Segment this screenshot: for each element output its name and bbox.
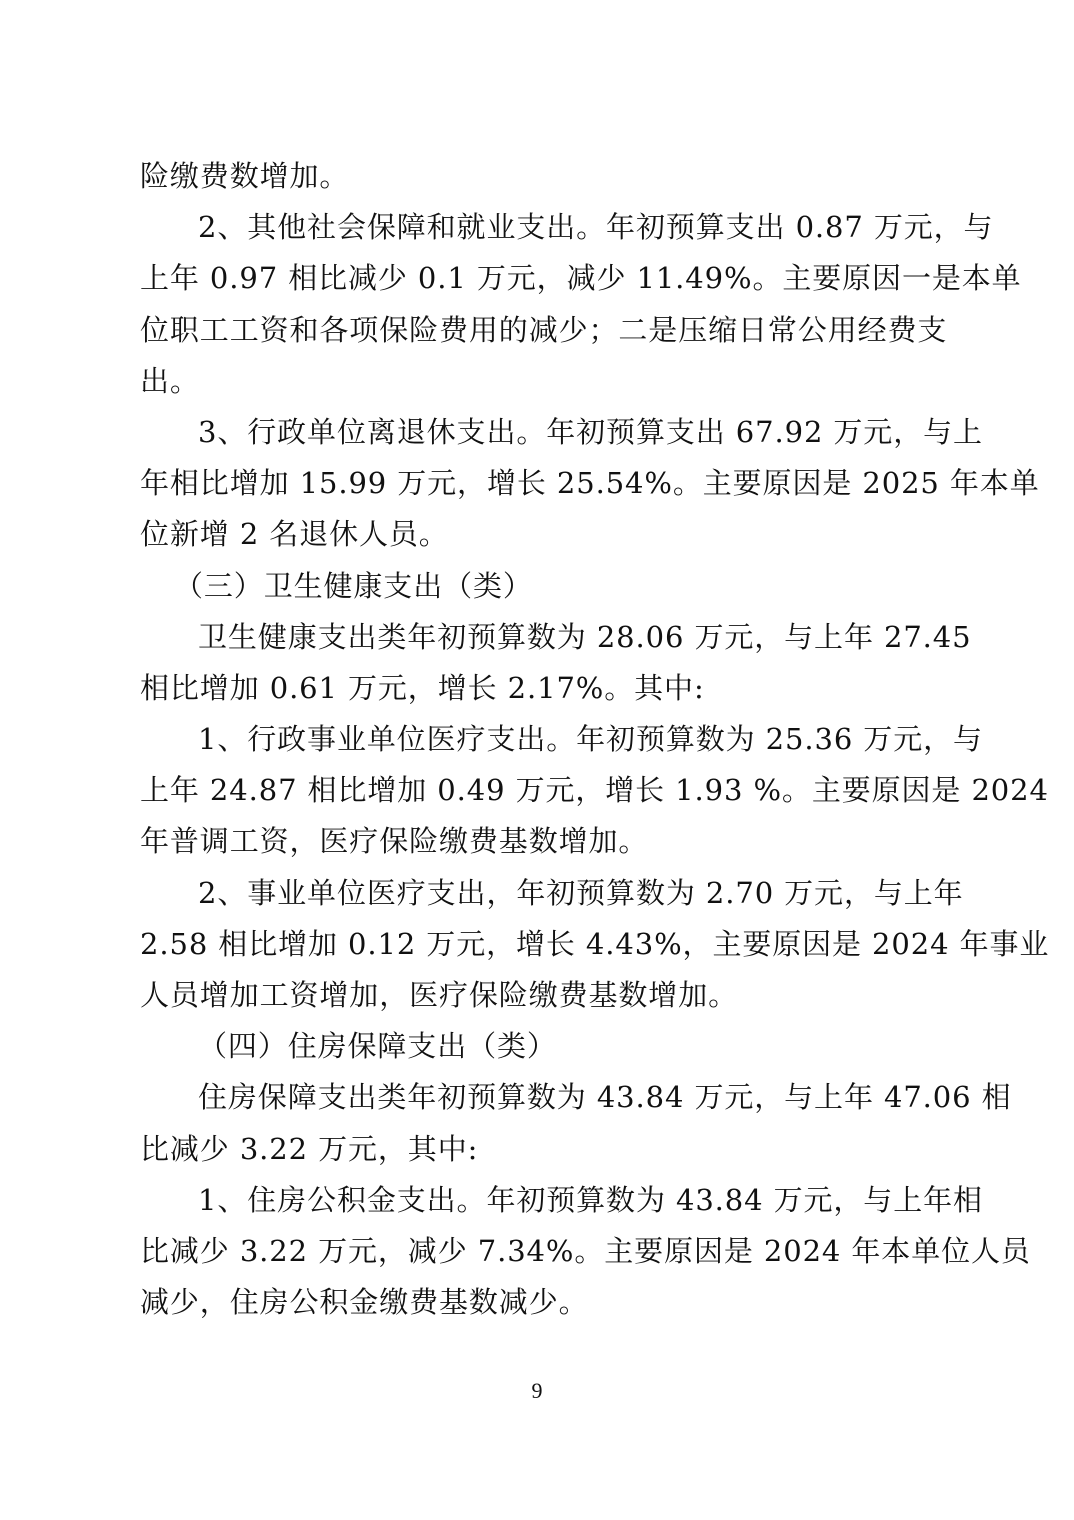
page-number: 9 [0, 1378, 1074, 1404]
text-line: 1、行政事业单位医疗支出。年初预算数为 25.36 万元，与 [140, 714, 936, 765]
body-text: 险缴费数增加。 2、其他社会保障和就业支出。年初预算支出 0.87 万元，与 上… [140, 151, 936, 1328]
text-line: 出。 [140, 356, 936, 407]
text-line: 比减少 3.22 万元，其中: [140, 1124, 936, 1175]
text-line: 2.58 相比增加 0.12 万元，增长 4.43%，主要原因是 2024 年事… [140, 919, 936, 970]
text-line: 相比增加 0.61 万元，增长 2.17%。其中: [140, 663, 936, 714]
text-line: 2、事业单位医疗支出，年初预算数为 2.70 万元，与上年 [140, 868, 936, 919]
text-line: 年相比增加 15.99 万元，增长 25.54%。主要原因是 2025 年本单 [140, 458, 936, 509]
text-line: 2、其他社会保障和就业支出。年初预算支出 0.87 万元，与 [140, 202, 936, 253]
text-line: 住房保障支出类年初预算数为 43.84 万元，与上年 47.06 相 [140, 1072, 936, 1123]
text-line: 3、行政单位离退休支出。年初预算支出 67.92 万元，与上 [140, 407, 936, 458]
text-line: 险缴费数增加。 [140, 151, 936, 202]
text-line: 1、住房公积金支出。年初预算数为 43.84 万元，与上年相 [140, 1175, 936, 1226]
text-line: 比减少 3.22 万元，减少 7.34%。主要原因是 2024 年本单位人员 [140, 1226, 936, 1277]
text-line: 位职工工资和各项保险费用的减少；二是压缩日常公用经费支 [140, 305, 936, 356]
text-line: 卫生健康支出类年初预算数为 28.06 万元，与上年 27.45 [140, 612, 936, 663]
section-heading-housing: （四）住房保障支出（类） [140, 1021, 936, 1072]
text-line: 上年 24.87 相比增加 0.49 万元，增长 1.93 %。主要原因是 20… [140, 765, 936, 816]
document-page: 险缴费数增加。 2、其他社会保障和就业支出。年初预算支出 0.87 万元，与 上… [0, 0, 1074, 1520]
text-line: 位新增 2 名退休人员。 [140, 509, 936, 560]
section-heading-health: （三）卫生健康支出（类） [140, 561, 936, 612]
text-line: 上年 0.97 相比减少 0.1 万元，减少 11.49%。主要原因一是本单 [140, 253, 936, 304]
text-line: 人员增加工资增加，医疗保险缴费基数增加。 [140, 970, 936, 1021]
text-line: 年普调工资，医疗保险缴费基数增加。 [140, 816, 936, 867]
text-line: 减少，住房公积金缴费基数减少。 [140, 1277, 936, 1328]
